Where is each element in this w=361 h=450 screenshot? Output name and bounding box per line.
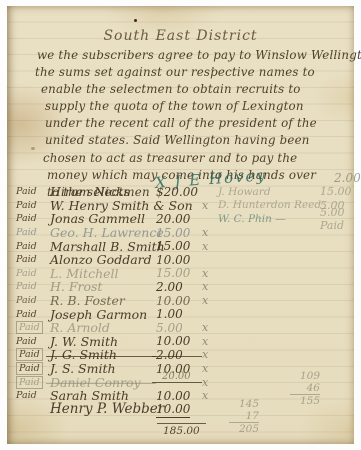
payer-prefix: Paid	[16, 268, 50, 279]
manuscript-paper: South East District we the subscribers a…	[7, 6, 354, 444]
pencil-number: 17	[229, 410, 259, 422]
pencil-sum: 155	[290, 394, 320, 407]
document-title: South East District	[7, 28, 354, 44]
check-mark: x	[202, 280, 218, 293]
ledger-row: Paid W. Henry Smith & Son x D. Hunterdon…	[16, 199, 348, 213]
ledger-row: Paid J. G. Smith 2.00 x	[16, 348, 348, 362]
ledger-row: Paid Geo. H. Lawrence 15.00 x	[16, 226, 348, 240]
payer-prefix: Paid	[16, 363, 50, 374]
amount: 5.00	[156, 321, 202, 335]
payer-prefix: Paid	[16, 336, 50, 347]
payer-prefix: Paid	[16, 281, 50, 292]
check-mark: x	[202, 267, 218, 280]
body-line: the sums set against our respective name…	[33, 64, 342, 81]
body-line: supply the quota of the town of Lexingto…	[33, 98, 342, 115]
check-mark: x	[202, 389, 218, 402]
ledger-row: Paid Jonas Gammell 20.00 W. C. Phin — 5.…	[16, 212, 348, 226]
amount: 2.00	[156, 280, 202, 294]
amount: 15.00	[156, 239, 202, 253]
body-line: we the subscribers agree to pay to Winsl…	[33, 47, 342, 64]
check-mark: x	[202, 362, 218, 375]
payer-name: Henry P. Webber	[50, 401, 156, 417]
payer-prefix: Paid	[16, 309, 50, 320]
ledger-row: Paid H. Frost 2.00 x	[16, 280, 348, 294]
check-mark: x	[202, 348, 218, 361]
margin-note: W. C. Phin —	[218, 213, 320, 225]
overlay-amount: 2.00	[334, 171, 361, 185]
payer-prefix: Paid	[16, 227, 50, 238]
paper-speck	[212, 67, 214, 69]
ledger-row: Paid L. Mitchell 15.00 x	[16, 267, 348, 281]
check-mark: x	[202, 240, 218, 253]
ledger-row: Paid Joseph Garmon 1.00	[16, 307, 348, 321]
pencil-number: 46	[290, 382, 320, 394]
body-line: united states. Said Wellington having be…	[33, 132, 342, 149]
margin-note: D. Hunterdon Reed	[218, 199, 320, 211]
check-mark: x	[202, 294, 218, 307]
amount: 20.00	[156, 212, 202, 226]
payer-prefix: Paid	[16, 200, 50, 211]
payer-prefix: Paid	[16, 322, 50, 333]
ledger-total: 185.00	[157, 423, 206, 437]
payer-prefix: Paid	[16, 186, 50, 197]
amount: 2.00	[156, 348, 202, 362]
amount: 10.00	[156, 402, 202, 416]
payer-prefix: Paid	[16, 241, 50, 252]
ledger-row: Paid Marshall B. Smith 15.00 x	[16, 239, 348, 253]
paper-speck	[134, 19, 137, 22]
paper-speck	[31, 147, 35, 150]
payer-prefix: Paid	[16, 295, 50, 306]
ledger-row: Paid Alonzo Goddard 10.00	[16, 253, 348, 267]
pencil-number: 145	[229, 398, 259, 410]
ledger-row: Paid J. W. Smith 10.00 x	[16, 335, 348, 349]
body-line: under the recent call of the president o…	[33, 115, 342, 132]
pencil-number: 109	[290, 370, 320, 382]
check-mark: x	[202, 199, 218, 212]
ledger-row: Paid R. Arnold 5.00 x	[16, 321, 348, 335]
check-mark: x	[202, 321, 218, 334]
pencil-sum: 205	[229, 422, 259, 435]
check-mark: x	[202, 335, 218, 348]
amount: 10.00	[156, 334, 202, 348]
payer-prefix: Paid	[16, 390, 50, 401]
payer-prefix: Paid	[16, 213, 50, 224]
document-photo: South East District we the subscribers a…	[0, 0, 361, 450]
ledger-row: Paid Hiram Nicks $20.00 J. Howard 15.00	[16, 185, 348, 199]
amount: 10.00	[156, 294, 202, 308]
payer-prefix: Paid	[16, 254, 50, 265]
check-mark: x	[202, 226, 218, 239]
margin-note: J. Howard	[218, 186, 320, 198]
amount: 10.0020.00	[156, 362, 202, 376]
amount: $20.00	[156, 185, 202, 199]
amount: 15.00	[156, 226, 202, 240]
amount: 1.00	[156, 307, 202, 321]
body-line: enable the selectmen to obtain recruits …	[33, 81, 342, 98]
amount: 15.00	[156, 266, 202, 280]
payer-prefix: Paid	[16, 377, 50, 388]
pencil-sum-column-right: 109 46 155	[290, 370, 320, 407]
body-line: chosen to act as treasurer and to pay th…	[33, 150, 342, 167]
margin-amount: 15.00	[320, 185, 352, 198]
check-mark: x	[202, 376, 218, 389]
ledger-row: Paid R. B. Foster 10.00 x	[16, 294, 348, 308]
payer-prefix: Paid	[16, 349, 50, 360]
amount: 10.00	[156, 253, 202, 267]
pencil-sum-column-mid: 145 17 205	[229, 398, 259, 435]
